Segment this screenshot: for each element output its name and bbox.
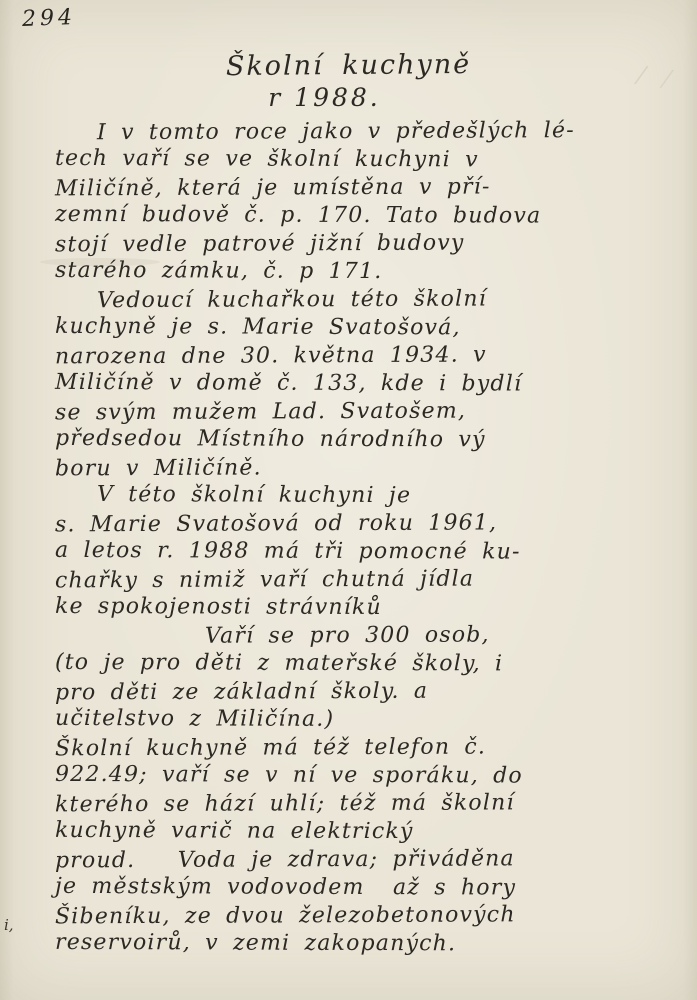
handwritten-line: tech vaří se ve školní kuchyni v [55, 145, 685, 175]
handwritten-line: Šibeníku, ze dvou železobetonových [55, 901, 685, 932]
handwritten-line: boru v Miličíně. [55, 453, 685, 484]
handwritten-line: stojí vedle patrové jižní budovy [55, 229, 685, 260]
title-year: r 1988. [0, 83, 697, 112]
handwritten-line: a letos r. 1988 má tři pomocné ku- [55, 537, 685, 567]
handwritten-line: reservoirů, v zemi zakopaných. [55, 929, 685, 959]
handwritten-line: kuchyně varič na elektrický [55, 817, 685, 847]
handwritten-line: V této školní kuchyni je [55, 481, 685, 511]
handwritten-line: Vaří se pro 300 osob, [55, 621, 685, 652]
handwritten-line: zemní budově č. p. 170. Tato budova [55, 201, 685, 231]
handwritten-line: chařky s nimiž vaří chutná jídla [55, 565, 685, 596]
handwritten-body: I v tomto roce jako v předešlých lé- tec… [55, 118, 685, 958]
document-title: Školní kuchyně r 1988. [0, 50, 697, 112]
scanned-document-page: 294 Školní kuchyně r 1988. I v tomto roc… [0, 0, 697, 1000]
handwritten-line: předsedou Místního národního vý [55, 425, 685, 455]
handwritten-line: proud. Voda je zdrava; přiváděna [55, 845, 685, 876]
handwritten-line: ke spokojenosti strávníků [55, 593, 685, 623]
stray-ink-mark: i, [4, 916, 14, 934]
handwritten-line: učitelstvo z Miličína.) [55, 705, 685, 735]
handwritten-line: Školní kuchyně má též telefon č. [55, 733, 685, 764]
handwritten-line: Miličíně, která je umístěna v pří- [55, 173, 685, 204]
handwritten-line: I v tomto roce jako v předešlých lé- [55, 117, 685, 148]
handwritten-line: se svým mužem Lad. Svatošem, [55, 397, 685, 428]
handwritten-line: 922.49; vaří se v ní ve sporáku, do [55, 761, 685, 791]
handwritten-line: Miličíně v domě č. 133, kde i bydlí [55, 369, 685, 399]
handwritten-line: kterého se hází uhlí; též má školní [55, 789, 685, 820]
handwritten-line: (to je pro děti z mateřské školy, i [55, 649, 685, 679]
handwritten-line: Vedoucí kuchařkou této školní [55, 285, 685, 316]
handwritten-line: narozena dne 30. května 1934. v [55, 341, 685, 372]
handwritten-line: s. Marie Svatošová od roku 1961, [55, 509, 685, 540]
handwritten-line: starého zámku, č. p 171. [55, 257, 685, 287]
handwritten-line: pro děti ze základní školy. a [55, 677, 685, 708]
handwritten-line: je městským vodovodem až s hory [55, 873, 685, 903]
title-text: Školní kuchyně [0, 47, 697, 84]
handwritten-line: kuchyně je s. Marie Svatošová, [55, 313, 685, 343]
page-number: 294 [22, 5, 77, 32]
